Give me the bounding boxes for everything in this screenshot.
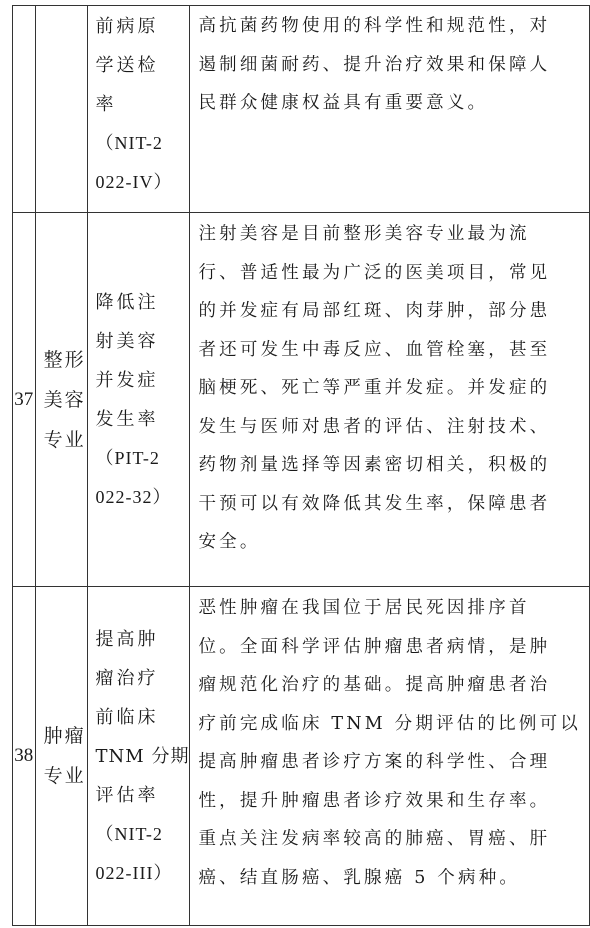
indicator-code-line: （PIT-2 (96, 439, 190, 478)
table-row: 37 整形 美容 专业 降低注 射美容 并发症 发生率 （PIT-2 022-3… (13, 213, 590, 587)
description-line: 药物剂量选择等因素密切相关，积极的 (198, 446, 581, 485)
indicator-line: 发生率 (96, 400, 190, 439)
indicator-line: 提高肿 (96, 620, 190, 659)
description-line: 恶性肿瘤在我国位于居民死因排序首 (198, 589, 581, 628)
indicator-code-line: 022-IV） (96, 163, 190, 202)
department-cell (35, 6, 87, 213)
description-line: 高抗菌药物使用的科学性和规范性，对 (198, 7, 581, 46)
description-line: 脑梗死、死亡等严重并发症。并发症的 (198, 369, 581, 408)
description-line: 民群众健康权益具有重要意义。 (198, 84, 581, 123)
indicator-line: 学送检 (96, 46, 190, 85)
department-line: 肿瘤 (44, 716, 87, 756)
table-row: 前病原 学送检 率 （NIT-2 022-IV） 高抗菌药物使用的科学性和规范性… (13, 6, 590, 213)
description-cell: 恶性肿瘤在我国位于居民死因排序首 位。全面科学评估肿瘤患者病情，是肿 瘤规范化治… (190, 587, 590, 926)
indicator-code-line: 022-III） (96, 854, 190, 893)
indicator-code-line: （NIT-2 (96, 124, 190, 163)
description-line: 注射美容是目前整形美容专业最为流 (198, 215, 581, 254)
table-row: 38 肿瘤 专业 提高肿 瘤治疗 前临床 TNM 分期 评估率 （NIT-2 0… (13, 587, 590, 926)
description-line: 安全。 (198, 523, 581, 562)
indicator-table: 前病原 学送检 率 （NIT-2 022-IV） 高抗菌药物使用的科学性和规范性… (12, 5, 590, 926)
description-cell: 注射美容是目前整形美容专业最为流 行、普适性最为广泛的医美项目，常见 的并发症有… (190, 213, 590, 587)
indicator-line: 射美容 (96, 322, 190, 361)
indicator-cell: 前病原 学送检 率 （NIT-2 022-IV） (87, 6, 190, 213)
indicator-line: 前临床 (96, 698, 190, 737)
indicator-code-line: 022-32） (96, 478, 190, 517)
indicator-line: 降低注 (96, 283, 190, 322)
description-line: 疗前完成临床 TNM 分期评估的比例可以 (198, 705, 581, 744)
indicator-line: TNM 分期 (96, 737, 190, 776)
department-line: 专业 (44, 756, 87, 796)
description-line: 干预可以有效降低其发生率，保障患者 (198, 485, 581, 524)
department-cell: 肿瘤 专业 (35, 587, 87, 926)
indicator-cell: 提高肿 瘤治疗 前临床 TNM 分期 评估率 （NIT-2 022-III） (87, 587, 190, 926)
description-line: 者还可发生中毒反应、血管栓塞，甚至 (198, 331, 581, 370)
row-number-cell: 38 (13, 587, 36, 926)
description-line: 位。全面科学评估肿瘤患者病情，是肿 (198, 628, 581, 667)
row-number-cell (13, 6, 36, 213)
indicator-line: 并发症 (96, 361, 190, 400)
description-line: 重点关注发病率较高的肺癌、胃癌、肝 (198, 820, 581, 859)
description-line: 的并发症有局部红斑、肉芽肿，部分患 (198, 292, 581, 331)
department-line: 专业 (44, 420, 87, 460)
department-cell: 整形 美容 专业 (35, 213, 87, 587)
description-line: 性，提升肿瘤患者诊疗效果和生存率。 (198, 782, 581, 821)
indicator-cell: 降低注 射美容 并发症 发生率 （PIT-2 022-32） (87, 213, 190, 587)
indicator-code-line: （NIT-2 (96, 815, 190, 854)
description-line: 提高肿瘤患者诊疗方案的科学性、合理 (198, 743, 581, 782)
description-line: 癌、结直肠癌、乳腺癌 5 个病种。 (198, 859, 581, 898)
description-line: 瘤规范化治疗的基础。提高肿瘤患者治 (198, 666, 581, 705)
description-line: 行、普适性最为广泛的医美项目，常见 (198, 254, 581, 293)
description-line: 发生与医师对患者的评估、注射技术、 (198, 408, 581, 447)
department-line: 整形 (44, 340, 87, 380)
row-number-cell: 37 (13, 213, 36, 587)
indicator-line: 前病原 (96, 7, 190, 46)
description-line: 遏制细菌耐药、提升治疗效果和保障人 (198, 46, 581, 85)
department-line: 美容 (44, 380, 87, 420)
description-cell: 高抗菌药物使用的科学性和规范性，对 遏制细菌耐药、提升治疗效果和保障人 民群众健… (190, 6, 590, 213)
indicator-line: 瘤治疗 (96, 659, 190, 698)
indicator-line: 率 (96, 85, 190, 124)
indicator-line: 评估率 (96, 776, 190, 815)
